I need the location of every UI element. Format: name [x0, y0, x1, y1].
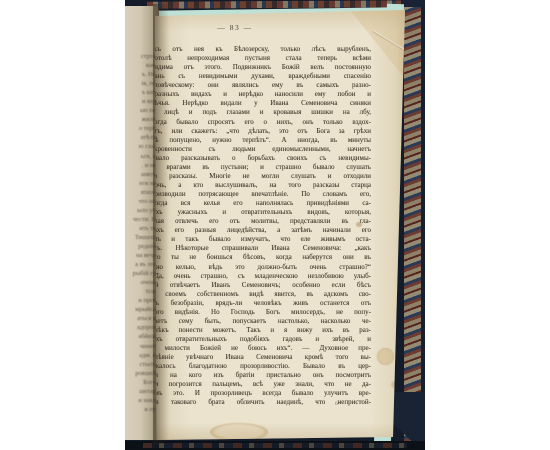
body-text-line: а лицѣ и подъ глазами и кровавыя шишки н…: [151, 108, 371, 117]
body-text-line: го разсказы. Многіе не могли слушать и о…: [151, 172, 371, 181]
body-text-line: каетъ сему быть, попускаетъ настолько, н…: [151, 317, 371, 326]
body-text-line: ви на кого изъ братіи пристально онъ пос…: [151, 371, 371, 380]
body-text-line: о милости Божіей не боюсь ихъ“. — Духовн…: [151, 344, 371, 353]
stain-spot-faint: [391, 381, 399, 388]
page-number: — 83 —: [200, 23, 270, 32]
body-text-line: ыхъ ужасныхъ и отвратительныхъ видовъ, к…: [151, 208, 371, 217]
body-text-line: дотолѣ непроходимая пустыня стала теперь…: [151, 54, 371, 63]
signature-mark: 6*: [335, 401, 341, 407]
body-text-line: рань съ невидимыми духами, враждебными с…: [151, 72, 371, 81]
body-text-line: бразныхъ видахъ и нерѣдко наносили ему п…: [151, 90, 371, 99]
body-text-line: роизводили потрясающее впечатлѣніе. По с…: [151, 190, 371, 199]
body-text-line: видима отъ этого. Подвижникъ Божій велъ …: [151, 63, 371, 72]
body-text-line: омъ это. И прозорливецъ всегда бывало ул…: [151, 389, 371, 398]
body-text-line: ъ своемъ собственномъ видѣ явится, въ ад…: [151, 290, 371, 299]
body-text-line: вѣчья. Нерѣдко видали у Ивана Семеновича…: [151, 99, 371, 108]
body-text-line: елая отвлечь его отъ молитвы, представля…: [151, 217, 371, 226]
body-text-line: вою келью, вѣдь это должно-быть очень ст…: [151, 263, 371, 272]
stain-bottom-margin: [210, 423, 268, 441]
body-text-line: и врагами въ пустыни; и страшно бывало с…: [151, 163, 371, 172]
body-text-line: ли погрозится пальцемъ, всѣ уже знали, ч…: [151, 380, 371, 389]
body-text-line: „Да, очень страшно, съ младенческою незл…: [151, 272, 371, 281]
book-bottom-edge: [125, 441, 425, 450]
body-text-line: ажалось благодатною прозорливостію. Быва…: [151, 362, 371, 371]
body-text-block: ось отъ нея къ Бѣлозерску, только лѣсъ в…: [151, 45, 371, 408]
body-text-line: это ты не боишься бѣсовъ, когда наберутс…: [151, 253, 371, 262]
cover-corner-top-right: [401, 0, 425, 7]
stain-right-margin: [377, 348, 394, 365]
body-text-line: ыхъ отвратительныхъ подобіяхъ гадовъ и з…: [151, 335, 371, 344]
body-text-line: мъ безобразіи, врядъ-ли человѣкъ живъ ос…: [151, 299, 371, 308]
body-text-line: нѣ попущено, нужно терпѣть“. А иногда, в…: [151, 136, 371, 145]
body-text-line: овѣкъ понести можетъ. Такъ и я вижу ихъ …: [151, 326, 371, 335]
body-text-line: ить и такъ бывало измучатъ, что еле живы…: [151, 235, 371, 244]
body-text-line: ывало разсказывать о борьбахъ своихъ съ …: [151, 154, 371, 163]
body-text-line: рочь, а кто выслушивалъ, на того разсказ…: [151, 181, 371, 190]
body-text-line: когда бывало спросятъ его о нихъ, онъ то…: [151, 118, 371, 127]
body-text-line: ось отъ нея къ Бѣлозерску, только лѣсъ в…: [151, 45, 371, 54]
book-photo: стртикниъ. Ноія, поъ кити верью пожилъо …: [125, 0, 425, 450]
body-text-line: захъ его разныя лицедѣйства, а затѣмъ на…: [151, 226, 371, 235]
bottom-edge-marble-flecks: [143, 443, 407, 448]
body-text-line: ткровенности съ людьми единомысленными, …: [151, 145, 371, 154]
right-page: — 83 — ось отъ нея къ Бѣлозерску, только…: [155, 10, 405, 440]
body-text-line: спѣяніе увѣчнаго Ивана Семеновича кромѣ …: [151, 353, 371, 362]
body-text-line: еловѣческому: они являлись ему въ самыхъ…: [151, 81, 371, 90]
body-text-line: того видѣнія. Но Господь Богъ милосердъ,…: [151, 308, 371, 317]
marbled-cover-fore-edge: [404, 0, 425, 450]
product-photo-canvas: стртикниъ. Ноія, поъ кити верью пожилъо …: [0, 0, 550, 450]
gutter-shadow: [153, 4, 169, 444]
body-text-line: ногда вся келья его наполнялась привидѣн…: [151, 199, 371, 208]
body-text-line: ять. Нѣкоторые спрашивали Ивана Семенови…: [151, 244, 371, 253]
stain-spot: [356, 222, 362, 227]
body-text-line: етъ, или скажетъ: „что дѣлать, это отъ Б…: [151, 127, 371, 136]
body-text-line: ой отвѣчаетъ Иванъ Семеновичъ; особенно …: [151, 281, 371, 290]
